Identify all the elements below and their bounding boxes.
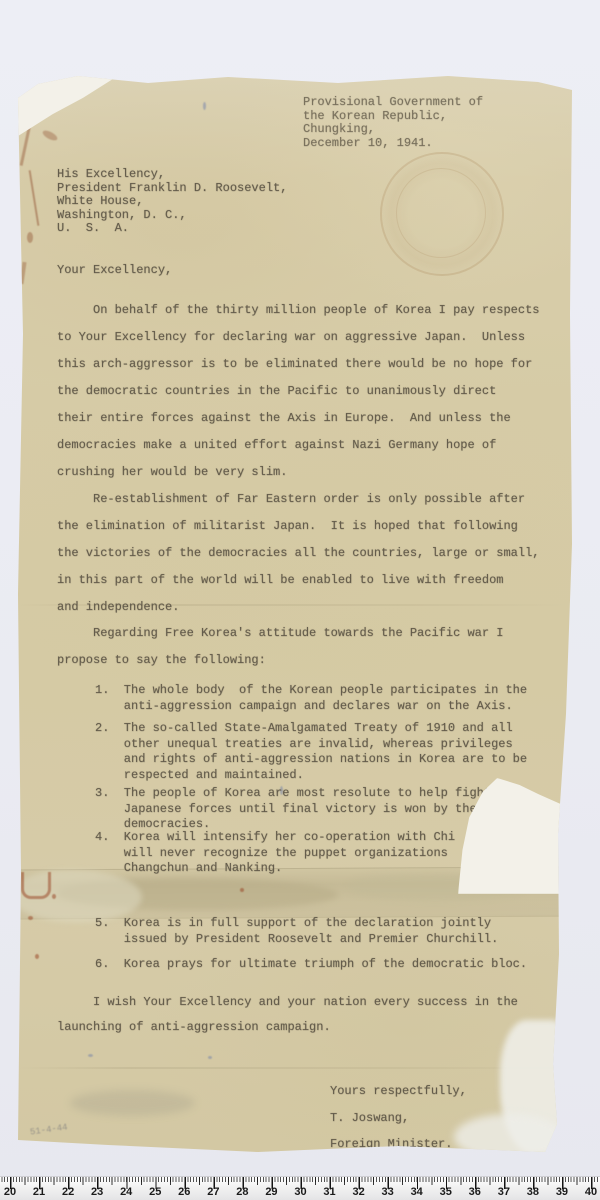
letter-page: Provisional Government of the Korean Rep… [18, 74, 572, 1152]
ruler-number: 36 [469, 1187, 481, 1198]
ink-speck [208, 1056, 212, 1059]
ruler-number: 39 [556, 1187, 568, 1198]
paper-wear-bottom [454, 1114, 564, 1160]
ruler-number: 34 [411, 1187, 423, 1198]
ruler-number: 33 [382, 1187, 394, 1198]
rust-stain [27, 232, 33, 243]
paragraph-2: Re-establishment of Far Eastern order is… [57, 486, 539, 621]
rust-stain [19, 262, 26, 284]
ruler-number: 20 [4, 1187, 16, 1198]
paper-tear-top-left [16, 72, 124, 140]
list-item-1: 1. The whole body of the Korean people p… [95, 683, 527, 714]
letterhead: Provisional Government of the Korean Rep… [303, 96, 483, 150]
list-item-6: 6. Korea prays for ultimate triumph of t… [95, 957, 527, 973]
salutation: Your Excellency, [57, 264, 172, 278]
rust-stain [29, 170, 40, 226]
stain-dot [52, 894, 56, 899]
paragraph-3: Regarding Free Korea's attitude towards … [57, 620, 503, 674]
ruler-number: 38 [527, 1187, 539, 1198]
ink-speck [88, 1054, 93, 1057]
embossed-seal [380, 152, 504, 276]
paragraph-1: On behalf of the thirty million people o… [57, 297, 539, 486]
ruler-number: 37 [498, 1187, 510, 1198]
ruler-number: 26 [178, 1187, 190, 1198]
stain-dot [35, 954, 39, 959]
pencil-smudge [70, 1090, 195, 1116]
recipient-address: His Excellency, President Franklin D. Ro… [57, 168, 287, 236]
scan-background: Provisional Government of the Korean Rep… [0, 0, 600, 1200]
ruler-number: 32 [352, 1187, 364, 1198]
ruler-number: 35 [440, 1187, 452, 1198]
red-pencil-mark [21, 872, 51, 899]
list-item-4: 4. Korea will intensify her co-operation… [95, 830, 455, 877]
ruler-number: 31 [323, 1187, 335, 1198]
ruler-number: 28 [236, 1187, 248, 1198]
stain-dot [240, 888, 244, 892]
stain-dot [28, 916, 33, 920]
rust-stain [41, 129, 58, 143]
list-item-3: 3. The people of Korea are most resolute… [95, 786, 505, 833]
list-item-2: 2. The so-called State-Amalgamated Treat… [95, 721, 527, 783]
embossed-seal-inner-ring [396, 168, 486, 258]
closing-paragraph: I wish Your Excellency and your nation e… [57, 990, 518, 1040]
ruler-number: 23 [91, 1187, 103, 1198]
ruler-number: 21 [33, 1187, 45, 1198]
ink-speck [203, 102, 206, 110]
ruler-number: 27 [207, 1187, 219, 1198]
signature-block: Yours respectfully, T. Joswang, Foreign … [330, 1078, 467, 1158]
ruler-number: 24 [120, 1187, 132, 1198]
pencil-note: 51-4-44 [30, 1123, 69, 1137]
ruler-number: 29 [265, 1187, 277, 1198]
ruler-number: 40 [585, 1187, 597, 1198]
ruler-number: 22 [62, 1187, 74, 1198]
paper-crease [18, 1067, 572, 1069]
list-item-5: 5. Korea is in full support of the decla… [95, 916, 498, 947]
measurement-ruler: 2021222324252627282930313233343536373839… [0, 1176, 600, 1200]
ruler-number: 25 [149, 1187, 161, 1198]
ruler-number: 30 [294, 1187, 306, 1198]
